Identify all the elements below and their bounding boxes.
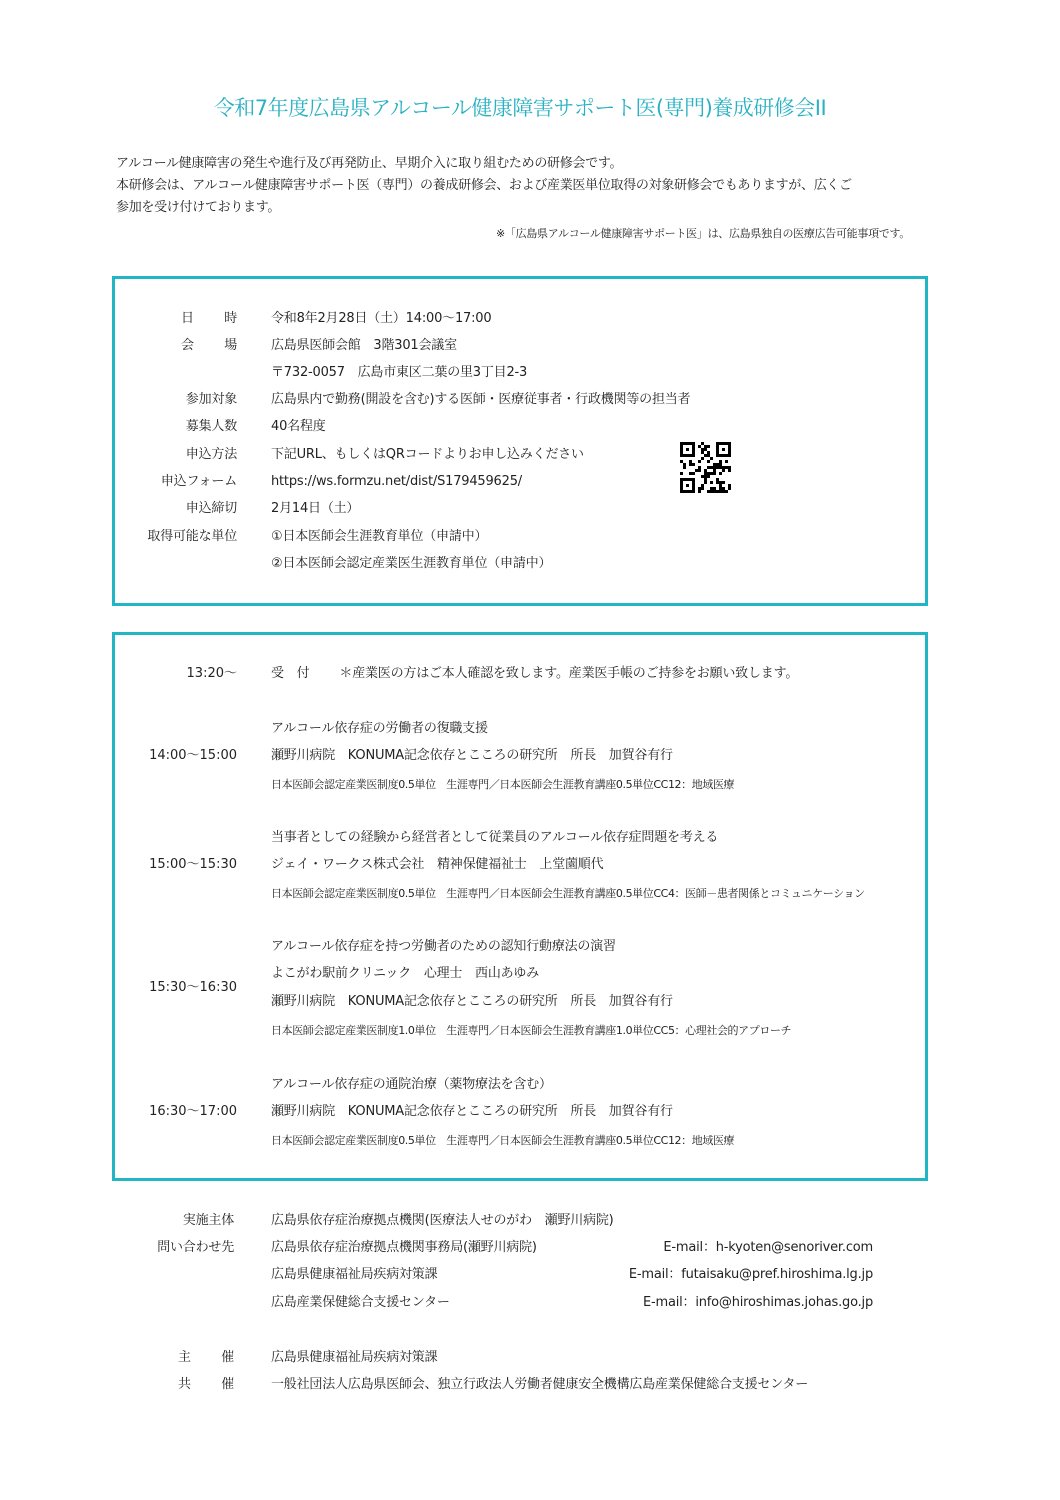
session-speaker: よこがわ駅前クリニック 心理士 西山あゆみ — [271, 964, 539, 984]
info-row-capacity: 募集人数 40名程度 — [115, 417, 925, 437]
page-title: 令和7年度広島県アルコール健康障害サポート医(専門)養成研修会II — [0, 92, 1040, 122]
footnote: ※「広島県アルコール健康障害サポート医」は、広島県独自の医療広告可能事項です。 — [496, 225, 910, 241]
session-time: 14:00～15:00 — [115, 746, 237, 766]
contact-row: 広島産業保健総合支援センター E-mail：info@hiroshimas.jo… — [0, 1293, 1060, 1313]
info-value: 広島県医師会館 3階301会議室 — [271, 336, 457, 356]
info-label: 日時 — [181, 309, 237, 329]
reception-row: 受 付＊産業医の方はご本人確認を致します。産業医手帳のご持参をお願い致します。 — [271, 664, 798, 684]
session-speaker: 瀬野川病院 KONUMA記念依存とこころの研究所 所長 加賀谷有行 — [271, 1102, 673, 1122]
footer-label: 共催 — [116, 1375, 234, 1395]
session-credit: 日本医師会認定産業医制度0.5単位 生涯専門／日本医師会生涯教育講座0.5単位C… — [271, 884, 865, 904]
info-value: 2月14日（土） — [271, 499, 359, 519]
info-row-form: 申込フォーム https://ws.formzu.net/dist/S17945… — [115, 472, 925, 492]
info-value: 下記URL、もしくはQRコードよりお申し込みください — [271, 445, 584, 465]
session-time: 15:30～16:30 — [115, 978, 237, 998]
reception-note: ＊産業医の方はご本人確認を致します。産業医手帳のご持参をお願い致します。 — [339, 666, 798, 681]
info-value: 40名程度 — [271, 417, 326, 437]
session-speaker: 瀬野川病院 KONUMA記念依存とこころの研究所 所長 加賀谷有行 — [271, 992, 673, 1012]
qr-code-icon[interactable] — [680, 442, 731, 493]
info-label: 募集人数 — [117, 417, 237, 437]
session-time: 16:30～17:00 — [115, 1102, 237, 1122]
info-row-method: 申込方法 下記URL、もしくはQRコードよりお申し込みください — [115, 445, 925, 465]
intro-line: 本研修会は、アルコール健康障害サポート医（専門）の養成研修会、および産業医単位取… — [116, 175, 936, 197]
info-label: 参加対象 — [117, 390, 237, 410]
session-speaker: 瀬野川病院 KONUMA記念依存とこころの研究所 所長 加賀谷有行 — [271, 746, 673, 766]
info-row-credits-2: ②日本医師会認定産業医生涯教育単位（申請中） — [115, 554, 925, 574]
session-title: 当事者としての経験から経営者として従業員のアルコール依存症問題を考える — [271, 828, 718, 848]
intro-line: 参加を受け付けております。 — [116, 197, 936, 219]
info-row-address: 〒732-0057 広島市東区二葉の里3丁目2-3 — [115, 363, 925, 383]
contact-org: 広島県健康福祉局疾病対策課 — [271, 1265, 437, 1285]
footer-label: 主催 — [116, 1348, 234, 1368]
info-row-deadline: 申込締切 2月14日（土） — [115, 499, 925, 519]
info-value: 令和8年2月28日（土）14:00～17:00 — [271, 309, 491, 329]
info-value: 広島県内で勤務(開設を含む)する医師・医療従事者・行政機関等の担当者 — [271, 390, 690, 410]
footer-value: 広島県依存症治療拠点機関(医療法人せのがわ 瀬野川病院) — [271, 1211, 614, 1231]
info-label: 申込フォーム — [117, 472, 237, 492]
info-box: 日時 令和8年2月28日（土）14:00～17:00 会場 広島県医師会館 3階… — [112, 276, 928, 606]
session-time: 15:00～15:30 — [115, 855, 237, 875]
session-credit: 日本医師会認定産業医制度0.5単位 生涯専門／日本医師会生涯教育講座0.5単位C… — [271, 775, 734, 795]
session-title: アルコール依存症の労働者の復職支援 — [271, 719, 488, 739]
info-row-target: 参加対象 広島県内で勤務(開設を含む)する医師・医療従事者・行政機関等の担当者 — [115, 390, 925, 410]
footer-value: 広島県健康福祉局疾病対策課 — [271, 1348, 437, 1368]
info-value: ①日本医師会生涯教育単位（申請中） — [271, 527, 487, 547]
info-label: 取得可能な単位 — [97, 527, 237, 547]
program-box: 13:20～ 受 付＊産業医の方はご本人確認を致します。産業医手帳のご持参をお願… — [112, 632, 928, 1181]
info-label: 会場 — [181, 336, 237, 356]
contact-email-link[interactable]: E-mail：futaisaku@pref.hiroshima.lg.jp — [629, 1265, 873, 1285]
reception-time: 13:20～ — [115, 664, 237, 684]
session-title: アルコール依存症を持つ労働者のための認知行動療法の演習 — [271, 937, 616, 957]
info-row-venue: 会場 広島県医師会館 3階301会議室 — [115, 336, 925, 356]
session-title: アルコール依存症の通院治療（薬物療法を含む） — [271, 1075, 552, 1095]
contact-row: 広島県健康福祉局疾病対策課 E-mail：futaisaku@pref.hiro… — [0, 1265, 1060, 1285]
info-row-date: 日時 令和8年2月28日（土）14:00～17:00 — [115, 309, 925, 329]
info-label: 申込締切 — [117, 499, 237, 519]
session-credit: 日本医師会認定産業医制度1.0単位 生涯専門／日本医師会生涯教育講座1.0単位C… — [271, 1021, 791, 1041]
info-value: ②日本医師会認定産業医生涯教育単位（申請中） — [271, 554, 551, 574]
footer-label: 問い合わせ先 — [116, 1238, 234, 1258]
contact-row: 問い合わせ先 広島県依存症治療拠点機関事務局(瀬野川病院) E-mail：h-k… — [0, 1238, 1060, 1258]
contact-org: 広島産業保健総合支援センター — [271, 1293, 450, 1313]
footer-label: 実施主体 — [116, 1211, 234, 1231]
host-row: 主催 広島県健康福祉局疾病対策課 — [0, 1348, 1060, 1368]
contact-email-link[interactable]: E-mail：info@hiroshimas.johas.go.jp — [643, 1293, 873, 1313]
info-row-credits: 取得可能な単位 ①日本医師会生涯教育単位（申請中） — [115, 527, 925, 547]
reception-label: 受 付 — [271, 666, 309, 681]
contact-org: 広島県依存症治療拠点機関事務局(瀬野川病院) — [271, 1238, 537, 1258]
session-speaker: ジェイ・ワークス株式会社 精神保健福祉士 上堂薗順代 — [271, 855, 603, 875]
info-label: 申込方法 — [117, 445, 237, 465]
intro-line: アルコール健康障害の発生や進行及び再発防止、早期介入に取り組むための研修会です。 — [116, 153, 936, 175]
footer-value: 一般社団法人広島県医師会、独立行政法人労働者健康安全機構広島産業保健総合支援セン… — [271, 1375, 808, 1395]
info-value: 〒732-0057 広島市東区二葉の里3丁目2-3 — [271, 363, 527, 383]
intro-text: アルコール健康障害の発生や進行及び再発防止、早期介入に取り組むための研修会です。… — [116, 153, 936, 219]
session-credit: 日本医師会認定産業医制度0.5単位 生涯専門／日本医師会生涯教育講座0.5単位C… — [271, 1131, 734, 1151]
form-url-link[interactable]: https://ws.formzu.net/dist/S179459625/ — [271, 472, 522, 492]
cohost-row: 共催 一般社団法人広島県医師会、独立行政法人労働者健康安全機構広島産業保健総合支… — [0, 1375, 1060, 1395]
contact-email-link[interactable]: E-mail：h-kyoten@senoriver.com — [663, 1238, 873, 1258]
implementer-row: 実施主体 広島県依存症治療拠点機関(医療法人せのがわ 瀬野川病院) — [0, 1211, 1060, 1231]
